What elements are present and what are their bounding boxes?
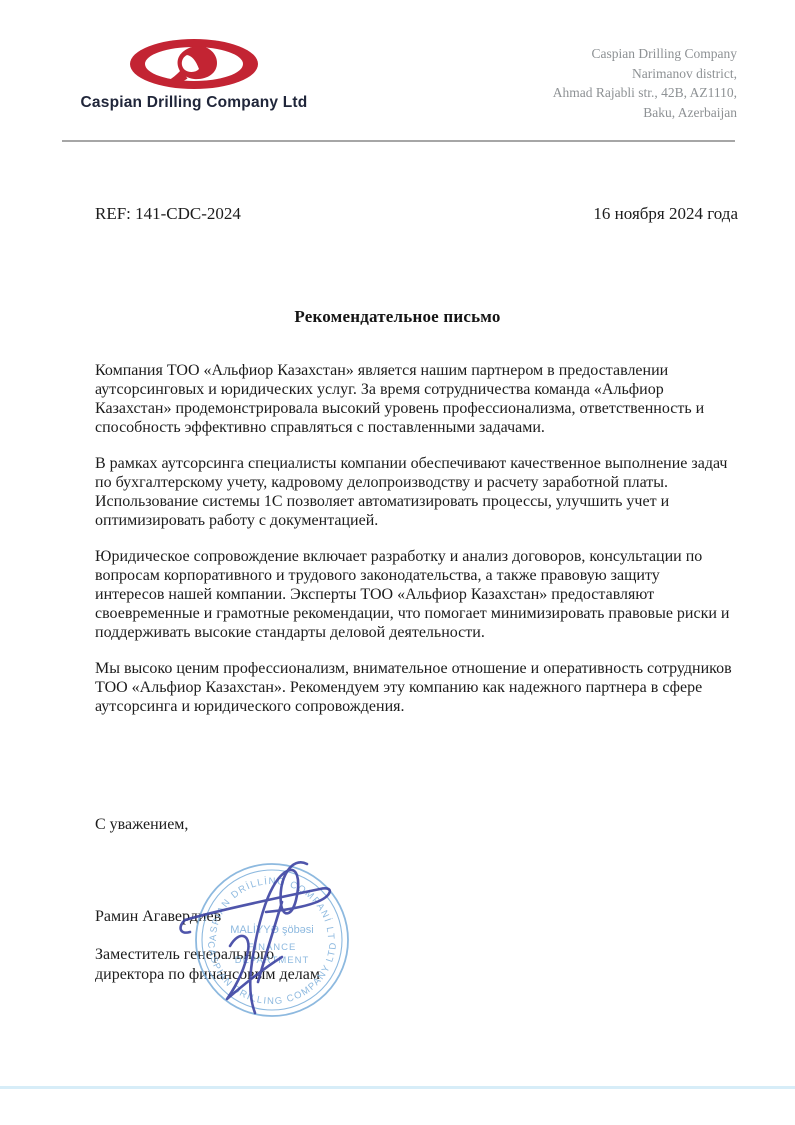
letter-page: Caspian Drilling Company Ltd Caspian Dri… — [0, 0, 795, 1125]
header-divider — [62, 140, 735, 142]
company-name: Caspian Drilling Company Ltd — [76, 94, 312, 112]
company-address: Caspian Drilling Company Narimanov distr… — [553, 44, 737, 122]
letter-title: Рекомендательное письмо — [0, 307, 795, 327]
paragraph-4: Мы высоко ценим профессионализм, внимате… — [95, 659, 750, 716]
paragraph-2: В рамках аутсорсинга специалисты компани… — [95, 454, 750, 530]
closing-salutation: С уважением, — [95, 816, 188, 834]
reference-number: REF: 141-CDC-2024 — [95, 204, 241, 224]
letter-date: 16 ноября 2024 года — [593, 204, 738, 224]
company-logo-icon — [128, 38, 260, 92]
handwritten-signature — [170, 850, 350, 1020]
letter-body: Компания ТОО «Альфиор Казахстан» являетс… — [95, 361, 750, 733]
footer-accent-line — [0, 1086, 795, 1089]
paragraph-3: Юридическое сопровождение включает разра… — [95, 547, 750, 642]
ref-date-row: REF: 141-CDC-2024 16 ноября 2024 года — [95, 204, 738, 224]
paragraph-1: Компания ТОО «Альфиор Казахстан» являетс… — [95, 361, 750, 437]
company-logo-block: Caspian Drilling Company Ltd — [76, 38, 312, 112]
